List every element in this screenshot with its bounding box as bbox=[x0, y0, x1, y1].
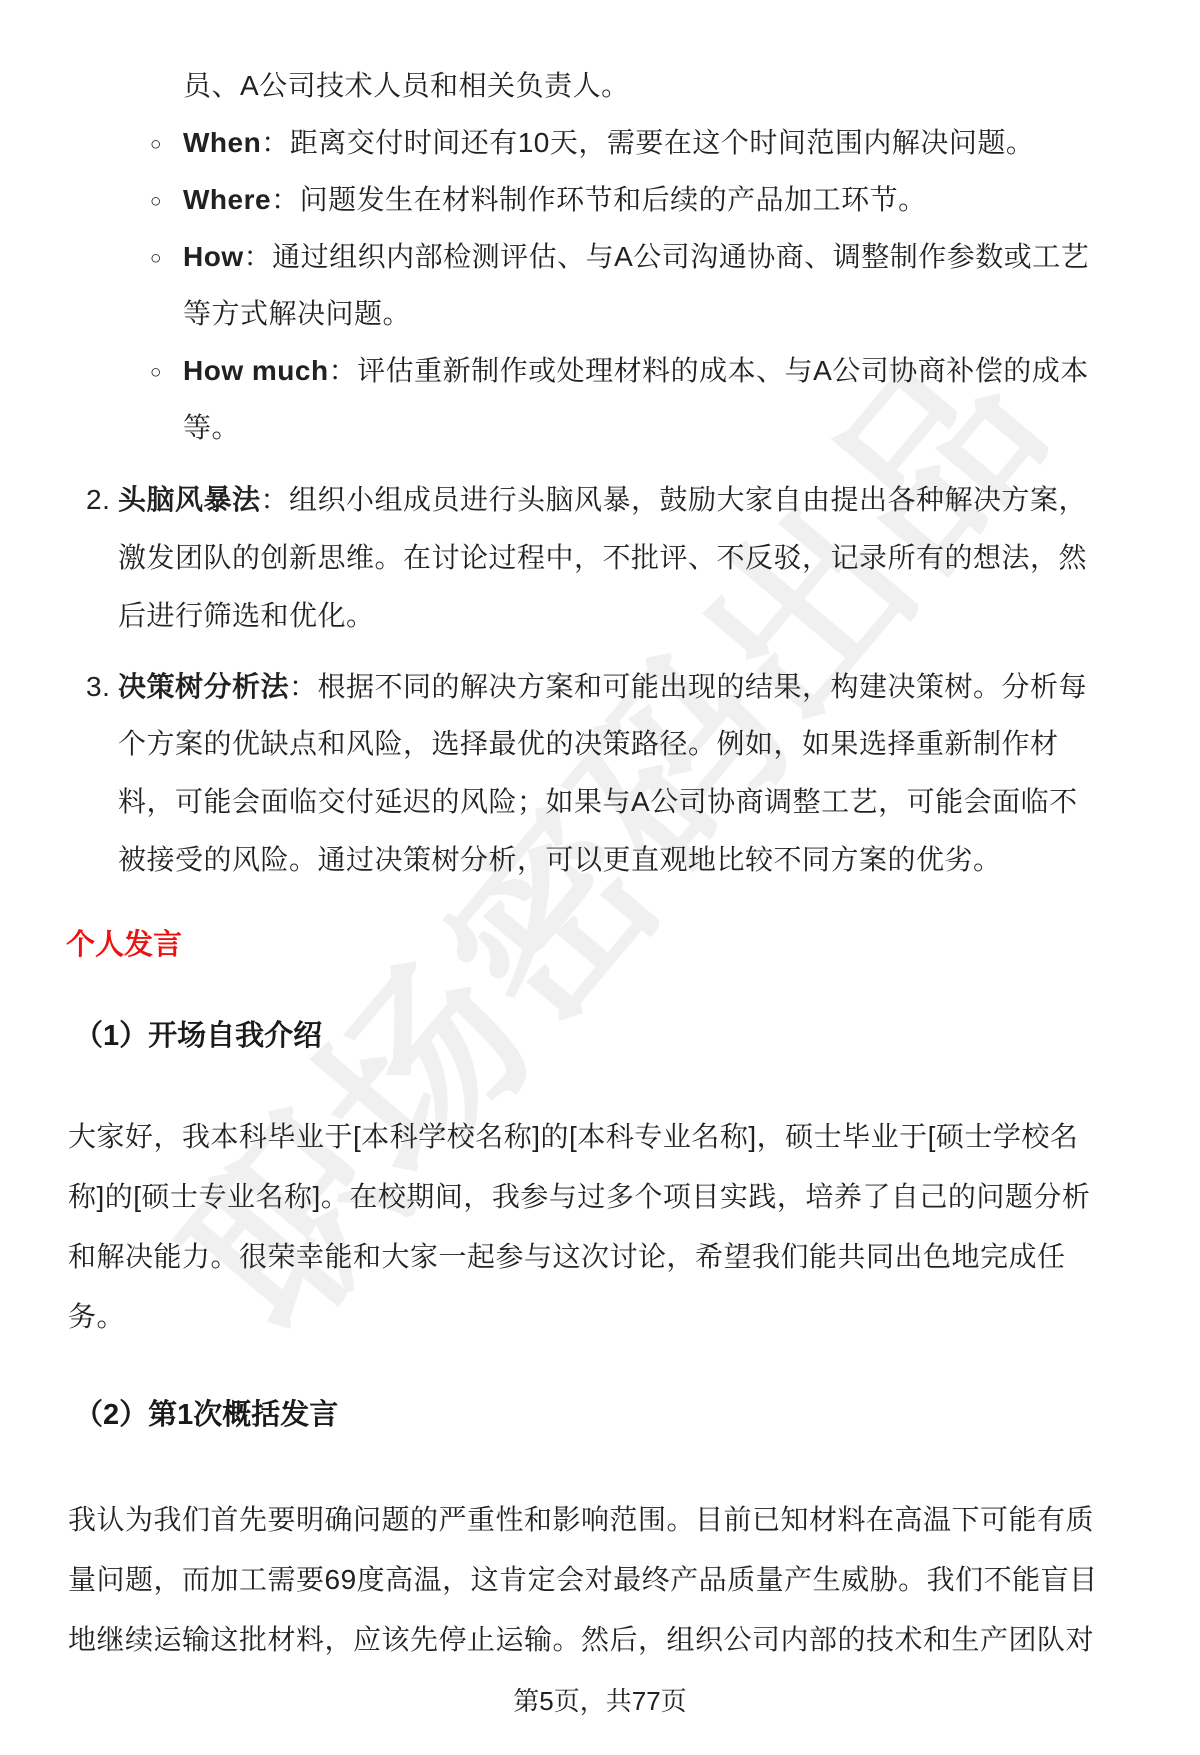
subsection-heading-1: （1）开场自我介绍 bbox=[74, 1014, 322, 1058]
bullet-item-how-much: ○How much：评估重新制作或处理材料的成本、与A公司协商补偿的成本 bbox=[150, 351, 1089, 393]
bullet-item-how-cont: 等方式解决问题。 bbox=[183, 294, 411, 334]
bullet-continuation-line: 员、A公司技术人员和相关负责人。 bbox=[183, 66, 630, 106]
bullet-item-when: ○When：距离交付时间还有10天，需要在这个时间范围内解决问题。 bbox=[150, 123, 1034, 165]
bullet-text: ：评估重新制作或处理材料的成本、与A公司协商补偿的成本 bbox=[329, 355, 1089, 386]
circle-bullet-icon: ○ bbox=[150, 239, 183, 279]
document-page: 职场密码出品 员、A公司技术人员和相关负责人。 ○When：距离交付时间还有10… bbox=[0, 0, 1200, 1755]
bullet-item-how-much-cont: 等。 bbox=[183, 408, 240, 448]
numbered-item-2-line2: 激发团队的创新思维。在讨论过程中，不批评、不反驳，记录所有的想法，然 bbox=[118, 538, 1087, 578]
circle-bullet-icon: ○ bbox=[150, 125, 183, 165]
bullet-keyword: Where bbox=[183, 184, 271, 215]
section-heading-personal-speech: 个人发言 bbox=[66, 923, 182, 967]
circle-bullet-icon: ○ bbox=[150, 353, 183, 393]
numbered-item-3-line4: 被接受的风险。通过决策树分析，可以更直观地比较不同方案的优劣。 bbox=[118, 840, 1002, 880]
bullet-keyword: When bbox=[183, 127, 261, 158]
bullet-text: ：问题发生在材料制作环节和后续的产品加工环节。 bbox=[271, 184, 927, 215]
bullet-keyword: How bbox=[183, 241, 244, 272]
circle-bullet-icon: ○ bbox=[150, 182, 183, 222]
paragraph-line: 我认为我们首先要明确问题的严重性和影响范围。目前已知材料在高温下可能有质 bbox=[68, 1500, 1094, 1540]
bullet-item-where: ○Where：问题发生在材料制作环节和后续的产品加工环节。 bbox=[150, 180, 927, 222]
numbered-item-3-line3: 料，可能会面临交付延迟的风险；如果与A公司协商调整工艺，可能会面临不 bbox=[118, 782, 1078, 822]
page-number-footer: 第5页，共77页 bbox=[0, 1683, 1200, 1719]
method-text: ：根据不同的解决方案和可能出现的结果，构建决策树。分析每 bbox=[289, 671, 1087, 702]
numbered-item-3: 3.决策树分析法：根据不同的解决方案和可能出现的结果，构建决策树。分析每 bbox=[86, 667, 1087, 707]
paragraph-line: 务。 bbox=[68, 1297, 125, 1337]
numbered-item-2-line3: 后进行筛选和优化。 bbox=[118, 596, 375, 636]
bullet-text: ：距离交付时间还有10天，需要在这个时间范围内解决问题。 bbox=[261, 127, 1034, 158]
method-name: 头脑风暴法 bbox=[118, 484, 261, 515]
bullet-item-how: ○How：通过组织内部检测评估、与A公司沟通协商、调整制作参数或工艺 bbox=[150, 237, 1089, 279]
method-text: ：组织小组成员进行头脑风暴，鼓励大家自由提出各种解决方案， bbox=[261, 484, 1088, 515]
numbered-item-2: 2.头脑风暴法：组织小组成员进行头脑风暴，鼓励大家自由提出各种解决方案， bbox=[86, 480, 1087, 520]
paragraph-line: 地继续运输这批材料，应该先停止运输。然后，组织公司内部的技术和生产团队对 bbox=[68, 1620, 1094, 1660]
numbered-item-3-line2: 个方案的优缺点和风险，选择最优的决策路径。例如，如果选择重新制作材 bbox=[118, 724, 1059, 764]
paragraph-line: 称]的[硕士专业名称]。在校期间，我参与过多个项目实践，培养了自己的问题分析 bbox=[68, 1177, 1090, 1217]
list-number: 3. bbox=[86, 667, 118, 707]
paragraph-line: 量问题，而加工需要69度高温，这肯定会对最终产品质量产生威胁。我们不能盲目 bbox=[68, 1560, 1098, 1600]
paragraph-line: 大家好，我本科毕业于[本科学校名称]的[本科专业名称]，硕士毕业于[硕士学校名 bbox=[68, 1117, 1078, 1157]
bullet-text: ：通过组织内部检测评估、与A公司沟通协商、调整制作参数或工艺 bbox=[244, 241, 1090, 272]
bullet-keyword: How much bbox=[183, 355, 329, 386]
list-number: 2. bbox=[86, 480, 118, 520]
paragraph-line: 和解决能力。很荣幸能和大家一起参与这次讨论，希望我们能共同出色地完成任 bbox=[68, 1237, 1066, 1277]
subsection-heading-2: （2）第1次概括发言 bbox=[74, 1393, 338, 1437]
method-name: 决策树分析法 bbox=[118, 671, 289, 702]
